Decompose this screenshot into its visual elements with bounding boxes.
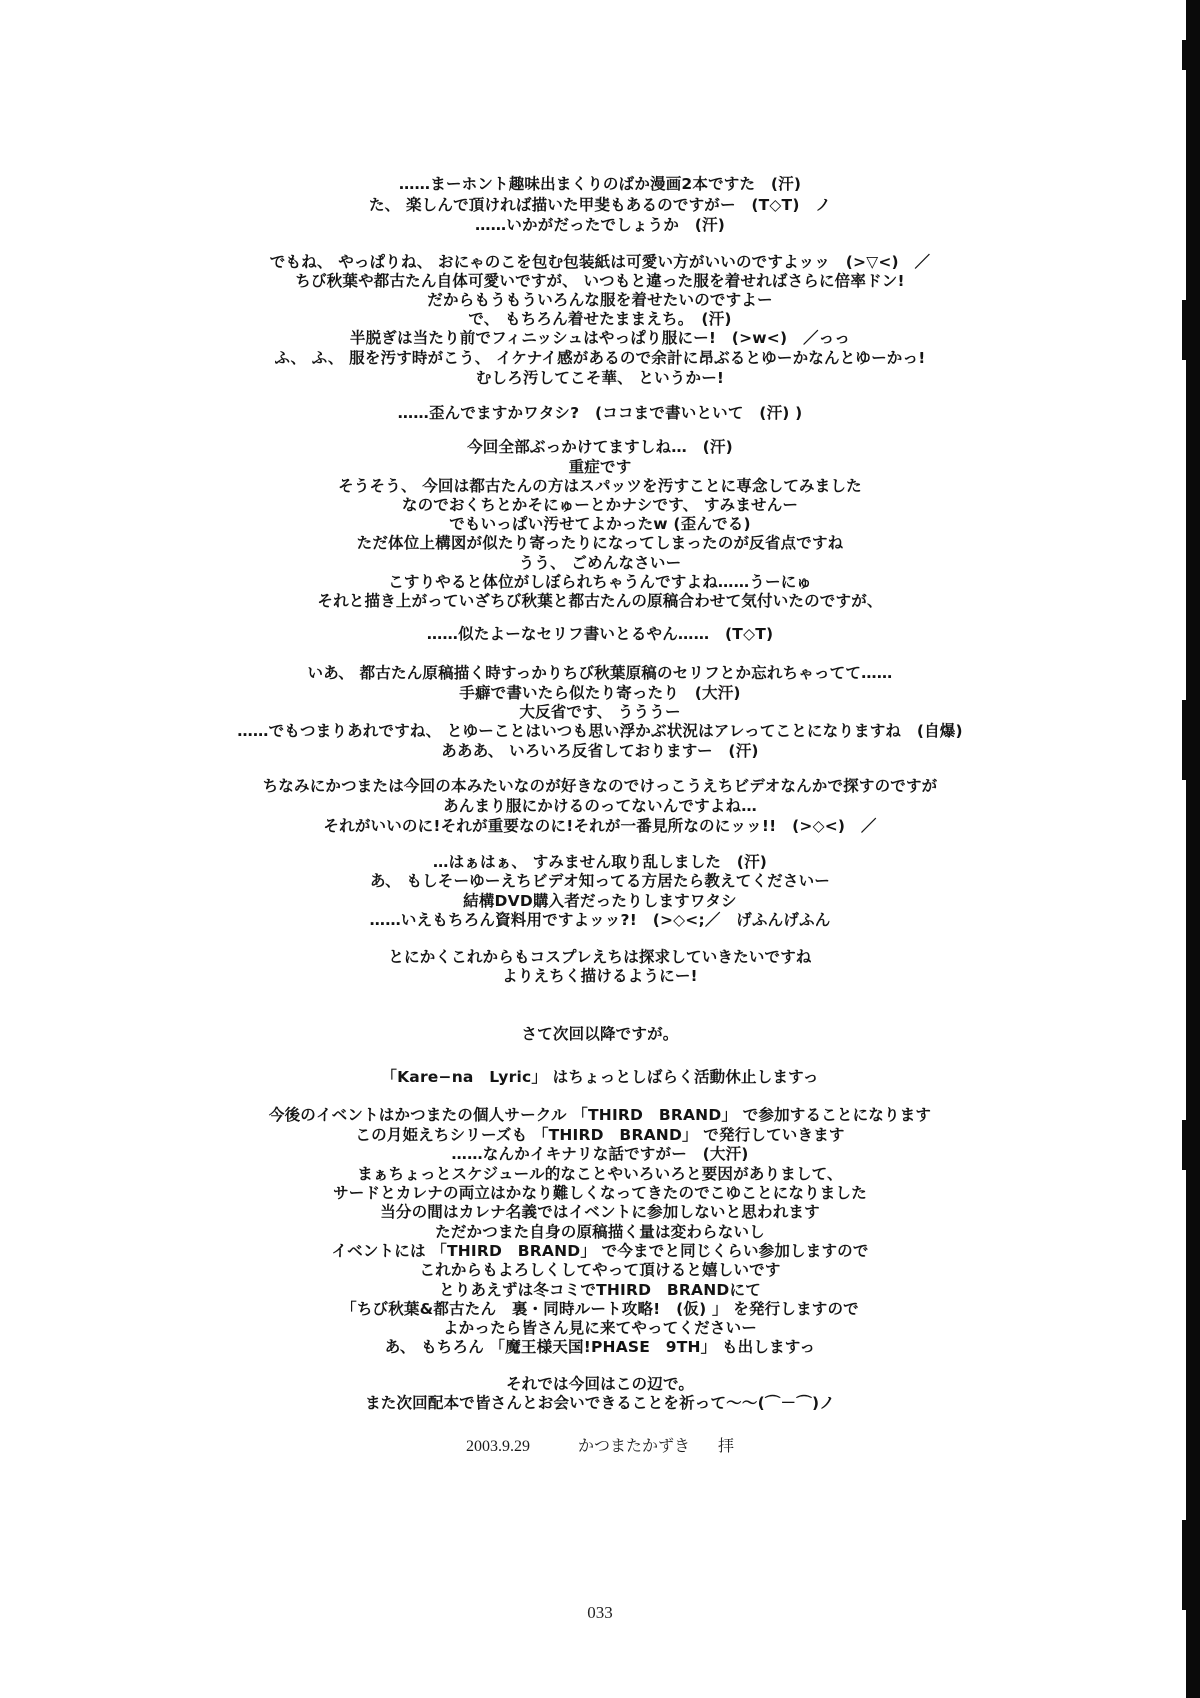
text-line: ちなみにかつまたは今回の本みたいなのが好きなのでけっこうえちビデオなんかで探すの…	[0, 776, 1200, 796]
signature: 2003.9.29 かつまたかずき 拝	[0, 1433, 1200, 1456]
text-line: だからもうもういろんな服を着せたいのですよー	[0, 290, 1200, 310]
text-line: こすりやると体位がしぼられちゃうんですよね……うーにゅ	[0, 572, 1200, 592]
text-line: それがいいのに!それが重要なのに!それが一番見所なのにッッ!! (>◇<) ／	[0, 816, 1200, 836]
signature-closing: 拝	[718, 1433, 734, 1456]
text-line: ただかつまた自身の原稿描く量は変わらないし	[0, 1222, 1200, 1242]
text-line: ……いかがだったでしょうか (汗)	[0, 215, 1200, 235]
page-edge-fragment	[1182, 300, 1188, 360]
text-line: 結構DVD購入者だったりしますワタシ	[0, 891, 1200, 911]
scanned-page-edge	[1186, 0, 1200, 1698]
text-line: そうそう、 今回は都古たんの方はスパッツを汚すことに専念してみました	[0, 476, 1200, 496]
document-page: ……まーホント趣味出まくりのばか漫画2本ですた (汗)た、 楽しんで頂ければ描い…	[0, 0, 1200, 1698]
page-edge-fragment	[1182, 1120, 1188, 1170]
text-line: 「Kare−na Lyric」 はちょっとしばらく活動休止しますっ	[0, 1067, 1200, 1087]
text-line: それと描き上がっていざちび秋葉と都古たんの原稿合わせて気付いたのですが、	[0, 591, 1200, 611]
text-line: これからもよろしくしてやって頂けると嬉しいです	[0, 1260, 1200, 1280]
signature-date: 2003.9.29	[466, 1438, 530, 1456]
signature-author: かつまたかずき	[578, 1433, 690, 1456]
text-line: で、 もちろん着せたままえち。 (汗)	[0, 309, 1200, 329]
text-line: あんまり服にかけるのってないんですよね…	[0, 796, 1200, 816]
page-number: 033	[0, 1603, 1200, 1623]
text-line: ……似たよーなセリフ書いとるやん…… (T◇T)	[0, 624, 1200, 644]
text-line: よかったら皆さん見に来てやってくださいー	[0, 1318, 1200, 1338]
text-line: この月姫えちシリーズも 「THIRD BRAND」 で発行していきます	[0, 1125, 1200, 1145]
text-line: ちび秋葉や都古たん自体可愛いですが、 いつもと違った服を着せればさらに倍率ドン!	[0, 271, 1200, 291]
text-line: 今回全部ぶっかけてますしね… (汗)	[0, 437, 1200, 457]
text-line: ふ、 ふ、 服を汚す時がこう、 イケナイ感があるので余計に昂ぶるとゆーかなんとゆ…	[0, 348, 1200, 368]
text-line: むしろ汚してこそ華、 というかー!	[0, 368, 1200, 388]
page-edge-fragment	[1182, 1520, 1188, 1610]
text-line: うう、 ごめんなさいー	[0, 553, 1200, 573]
text-line: た、 楽しんで頂ければ描いた甲斐もあるのですがー (T◇T) ノ	[0, 195, 1200, 215]
text-line: 「ちび秋葉&都古たん 裏・同時ルート攻略! (仮) 」 を発行しますので	[0, 1299, 1200, 1319]
text-line: ……でもつまりあれですね、 とゆーことはいつも思い浮かぶ状況はアレってことになり…	[0, 721, 1200, 741]
text-line: いあ、 都古たん原稿描く時すっかりちび秋葉原稿のセリフとか忘れちゃってて……	[0, 663, 1200, 683]
text-line: 大反省です、 うううー	[0, 702, 1200, 722]
text-line: あ、 もしそーゆーえちビデオ知ってる方居たら教えてくださいー	[0, 871, 1200, 891]
text-line: よりえちく描けるようにー!	[0, 966, 1200, 986]
text-line: 半脱ぎは当たり前でフィニッシュはやっぱり服にー! (>w<) ／っっ	[0, 328, 1200, 348]
page-edge-fragment	[1182, 700, 1188, 780]
text-line: イベントには 「THIRD BRAND」 で今までと同じくらい参加しますので	[0, 1241, 1200, 1261]
text-line: 重症です	[0, 457, 1200, 477]
text-line: まぁちょっとスケジュール的なことやいろいろと要因がありまして、	[0, 1164, 1200, 1184]
text-line: とりあえずは冬コミでTHIRD BRANDにて	[0, 1280, 1200, 1300]
text-line: ……まーホント趣味出まくりのばか漫画2本ですた (汗)	[0, 174, 1200, 194]
text-line: サードとカレナの両立はかなり難しくなってきたのでこゆことになりました	[0, 1183, 1200, 1203]
text-line: ……いえもちろん資料用ですよッッ?! (>◇<;／ げふんげふん	[0, 910, 1200, 930]
text-line: あああ、 いろいろ反省しておりますー (汗)	[0, 741, 1200, 761]
text-line: とにかくこれからもコスプレえちは探求していきたいですね	[0, 947, 1200, 967]
text-line: ……なんかイキナリな話ですがー (大汗)	[0, 1144, 1200, 1164]
text-line: また次回配本で皆さんとお会いできることを祈って～～(⌒－⌒)ノ	[0, 1393, 1200, 1413]
text-line: 今後のイベントはかつまたの個人サークル 「THIRD BRAND」 で参加するこ…	[0, 1105, 1200, 1125]
text-line: ……歪んでますかワタシ? (ココまで書いといて (汗) )	[0, 403, 1200, 423]
text-line: なのでおくちとかそにゅーとかナシです、 すみませんー	[0, 495, 1200, 515]
text-line: でもいっぱい汚せてよかったw (歪んでる)	[0, 514, 1200, 534]
text-line: さて次回以降ですが。	[0, 1024, 1200, 1044]
text-line: それでは今回はこの辺で。	[0, 1374, 1200, 1394]
text-line: でもね、 やっぱりね、 おにゃのこを包む包装紙は可愛い方がいいのですよッッ (>…	[0, 252, 1200, 272]
text-line: ただ体位上構図が似たり寄ったりになってしまったのが反省点ですね	[0, 533, 1200, 553]
page-edge-fragment	[1182, 40, 1188, 70]
text-line: 当分の間はカレナ名義ではイベントに参加しないと思われます	[0, 1202, 1200, 1222]
text-line: あ、 もちろん 「魔王様天国!PHASE 9TH」 も出しますっ	[0, 1337, 1200, 1357]
text-line: …はぁはぁ、 すみません取り乱しました (汗)	[0, 852, 1200, 872]
text-line: 手癖で書いたら似たり寄ったり (大汗)	[0, 683, 1200, 703]
